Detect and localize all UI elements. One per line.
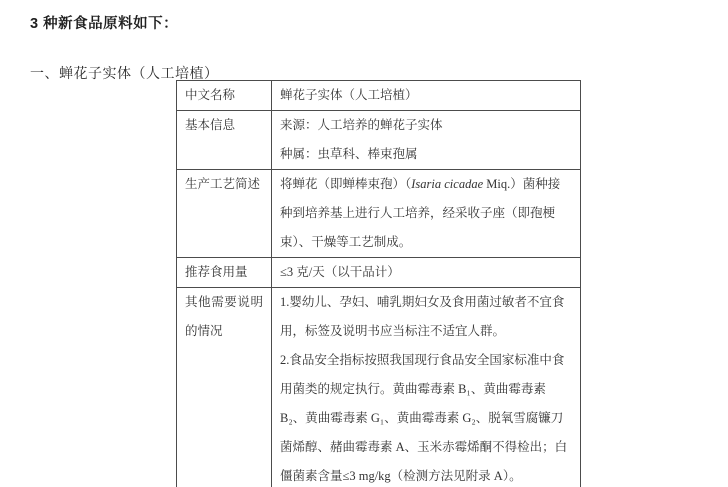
table-row-intake: 推荐食用量 ≤3 克/天（以干品计） [177, 258, 581, 288]
process-latin-author: Miq. [483, 177, 510, 191]
other-notes-para1: 1.婴幼儿、孕妇、哺乳期妇女及食用菌过敏者不宜食用，标签及说明书应当标注不适宜人… [280, 288, 572, 346]
row-label-intake: 推荐食用量 [177, 258, 272, 288]
info-table: 中文名称 蝉花子实体（人工培植） 基本信息 来源：人工培养的蝉花子实体 种属：虫… [176, 80, 581, 487]
table-row-basic-info: 基本信息 来源：人工培养的蝉花子实体 种属：虫草科、棒束孢属 [177, 111, 581, 170]
row-label-name: 中文名称 [177, 81, 272, 111]
row-label-other-notes: 其他需要说明的情况 [177, 288, 272, 487]
basic-info-genus: 种属：虫草科、棒束孢属 [280, 140, 572, 169]
row-value-name: 蝉花子实体（人工培植） [272, 81, 581, 111]
row-label-process: 生产工艺简述 [177, 170, 272, 258]
table-row-other-notes: 其他需要说明的情况 1.婴幼儿、孕妇、哺乳期妇女及食用菌过敏者不宜食用，标签及说… [177, 288, 581, 487]
other-notes-para2: 2.食品安全指标按照我国现行食品安全国家标准中食用菌类的规定执行。黄曲霉毒素 B… [280, 346, 572, 487]
row-value-other-notes: 1.婴幼儿、孕妇、哺乳期妇女及食用菌过敏者不宜食用，标签及说明书应当标注不适宜人… [272, 288, 581, 487]
row-label-basic-info: 基本信息 [177, 111, 272, 170]
page-title: 3 种新食品原料如下： [30, 12, 178, 33]
table-row-process: 生产工艺简述 将蝉花（即蝉棒束孢）（Isaria cicadae Miq.）菌种… [177, 170, 581, 258]
row-value-basic-info: 来源：人工培养的蝉花子实体 种属：虫草科、棒束孢属 [272, 111, 581, 170]
row-value-intake: ≤3 克/天（以干品计） [272, 258, 581, 288]
table-row-name: 中文名称 蝉花子实体（人工培植） [177, 81, 581, 111]
row-value-process: 将蝉花（即蝉棒束孢）（Isaria cicadae Miq.）菌种接种到培养基上… [272, 170, 581, 258]
process-text: 将蝉花（即蝉棒束孢）（Isaria cicadae Miq.）菌种接种到培养基上… [280, 170, 572, 257]
basic-info-source: 来源：人工培养的蝉花子实体 [280, 111, 572, 140]
process-text-before: 将蝉花（即蝉棒束孢）（ [280, 177, 411, 191]
process-latin-name: Isaria cicadae [411, 177, 483, 191]
